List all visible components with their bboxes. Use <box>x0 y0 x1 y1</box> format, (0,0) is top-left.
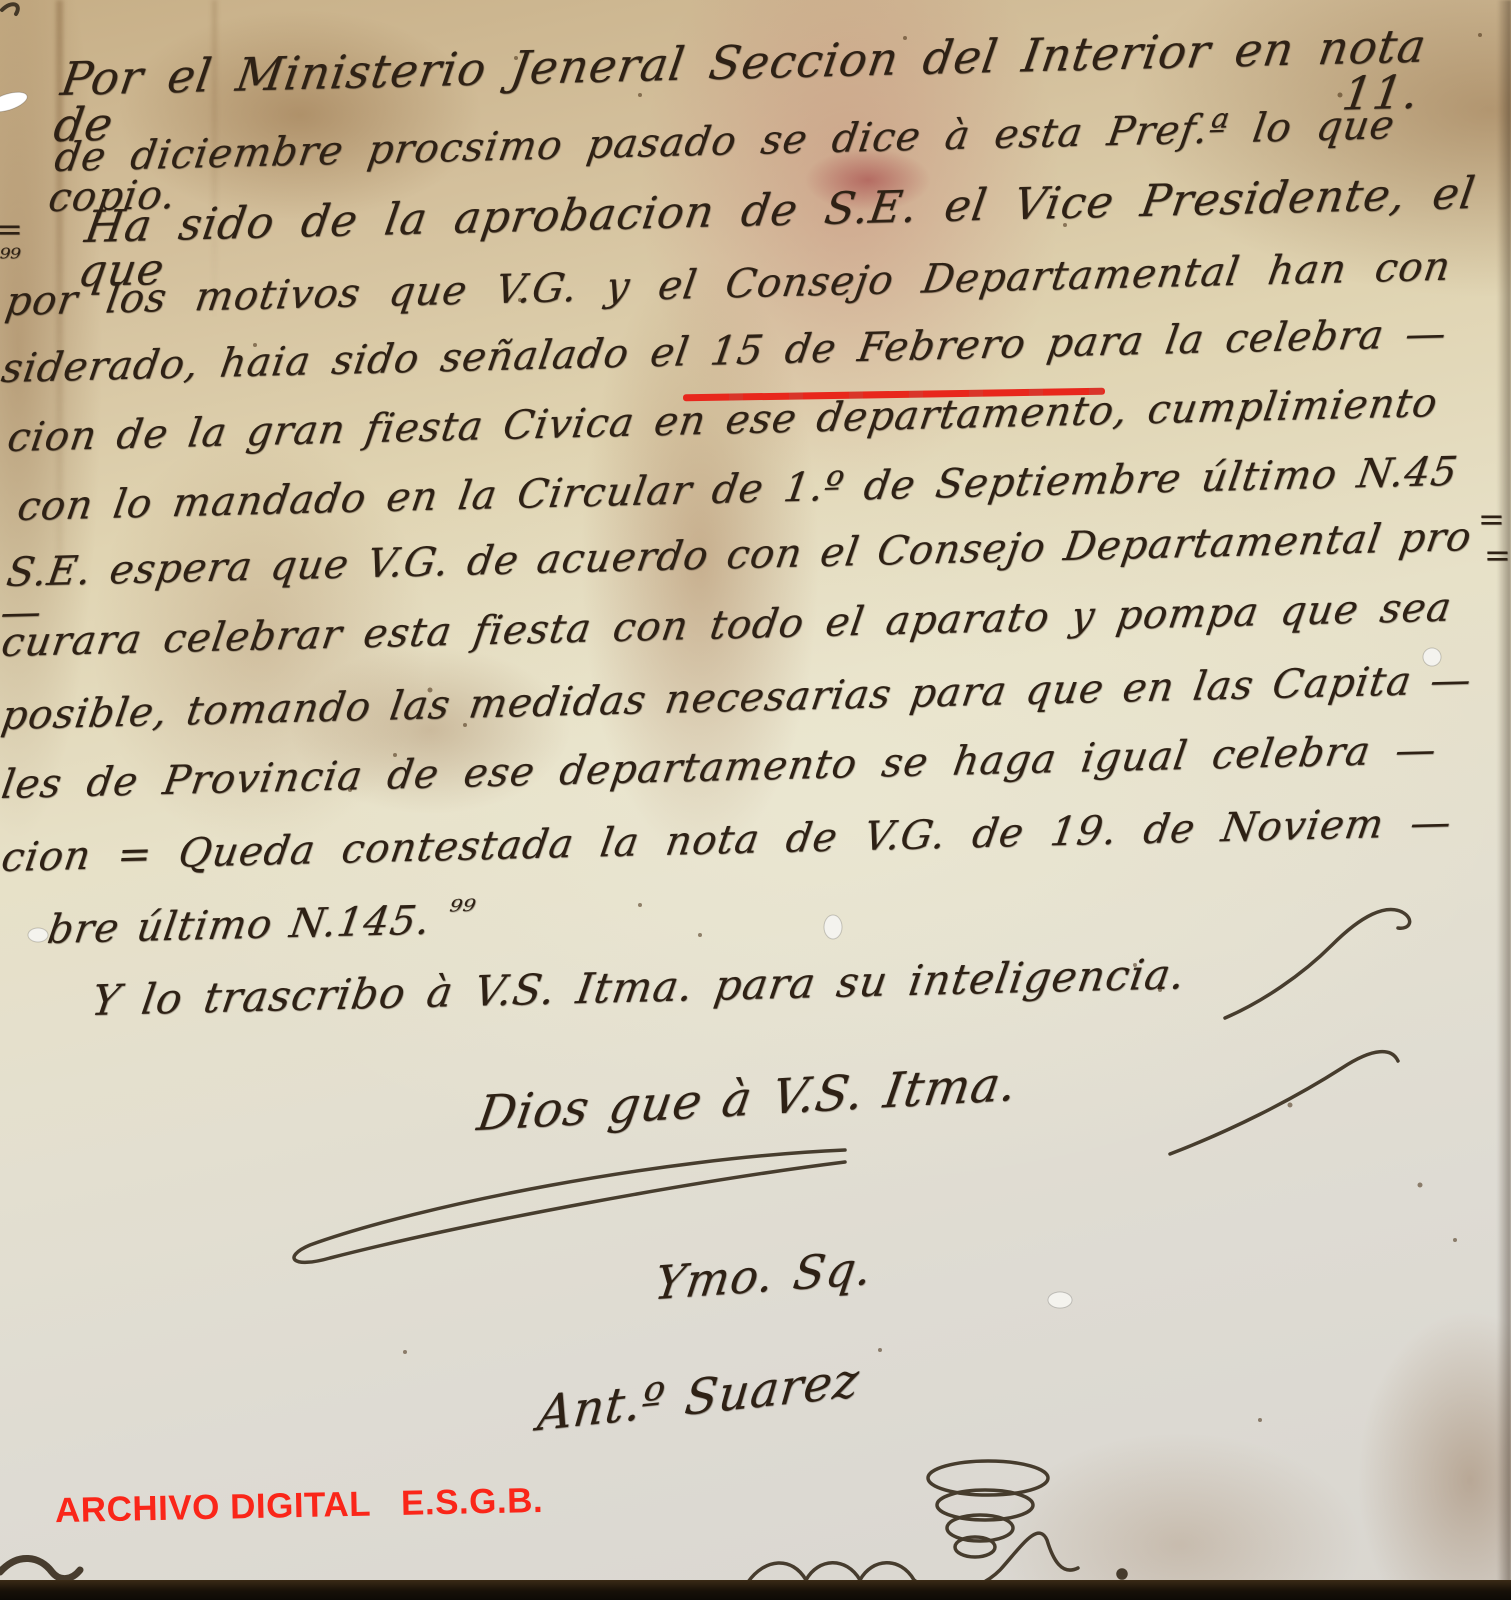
right-margin-equals-mark: = <box>1478 500 1505 538</box>
closing-salutation: Dios gue à V.S. Itma. <box>474 1060 1020 1139</box>
right-margin-equals-mark: = <box>1484 536 1511 574</box>
manuscript-line-13-text: bre último N.145. <box>45 898 434 954</box>
rubric-ink-dot <box>1118 1570 1126 1578</box>
left-margin-quote-mark: ⁹⁹ <box>0 244 21 274</box>
line-end-flourish <box>1170 1052 1398 1154</box>
top-edge-ink-mark <box>2 4 18 14</box>
torn-paper-edge <box>1497 0 1511 1600</box>
rubric-spiral <box>955 1537 995 1557</box>
closing-quote-mark: ⁹⁹ <box>447 893 478 929</box>
manuscript-line-13: bre último N.145. ⁹⁹ <box>45 900 477 951</box>
rubric-spiral <box>928 1461 1048 1495</box>
closing-underline-loop <box>294 1150 845 1262</box>
manuscript-line-7: con lo mandado en la Circular de 1.º de … <box>15 452 1461 527</box>
manuscript-line-5: siderado, haia sido señalado el 15 de Fe… <box>0 314 1450 389</box>
archive-watermark: ARCHIVO DIGITAL E.S.G.B. <box>55 1481 544 1531</box>
signature-antonio-suarez: Ant.º Suarez <box>535 1356 861 1439</box>
next-page-dark-edge <box>0 1580 1511 1600</box>
rubric-spiral <box>937 1490 1033 1520</box>
manuscript-line-11: les de Provincia de ese departamento se … <box>0 730 1440 805</box>
signoff-abbreviation: Ymo. Sq. <box>652 1245 876 1307</box>
manuscript-line-12: cion = Queda contestada la nota de V.G. … <box>0 802 1455 878</box>
left-margin-equals-mark: = <box>0 210 23 248</box>
manuscript-page: Por el Ministerio Jeneral Seccion del In… <box>0 0 1511 1600</box>
rubric-spiral <box>947 1515 1013 1541</box>
manuscript-line-10: posible, tomando las medidas necesarias … <box>0 660 1475 736</box>
line-end-flourish <box>1225 909 1410 1018</box>
manuscript-line-14: Y lo trascribo à V.S. Itma. para su inte… <box>89 953 1189 1022</box>
bottom-edge-stroke <box>0 1558 80 1578</box>
